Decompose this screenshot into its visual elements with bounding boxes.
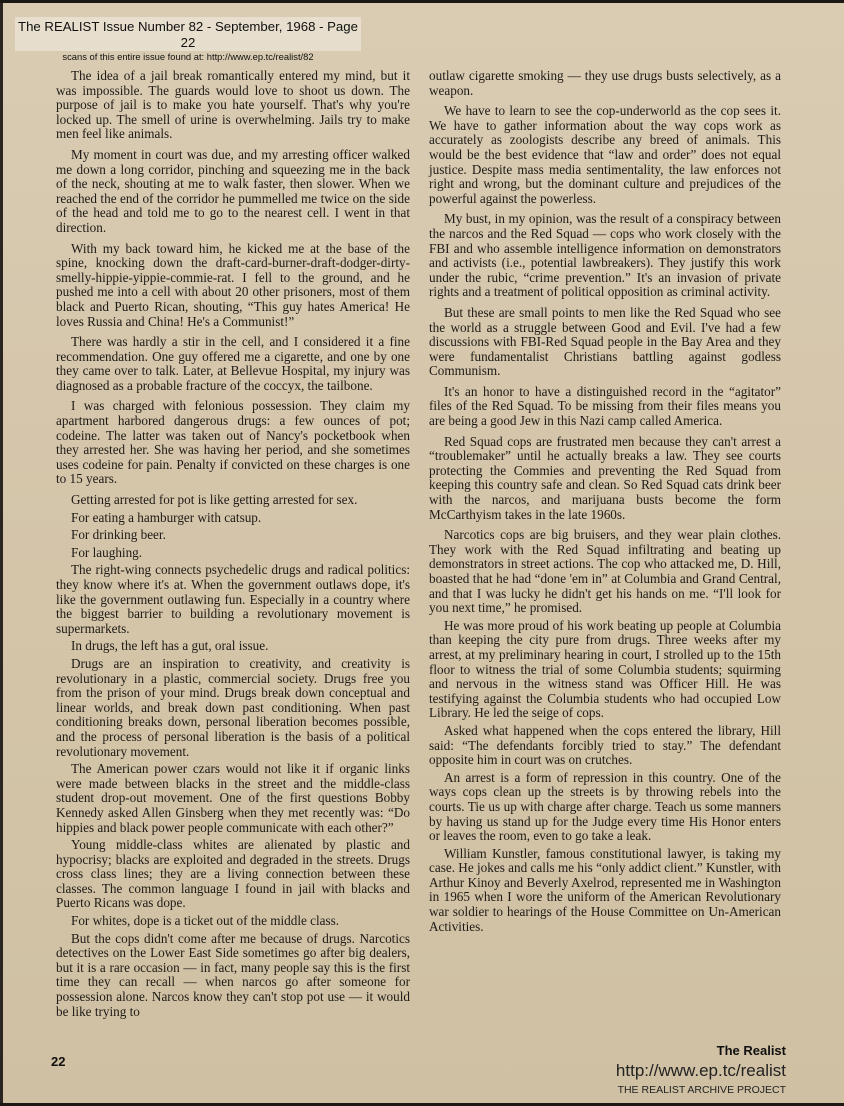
paragraph: The American power czars would not like … bbox=[56, 762, 410, 835]
paragraph: For laughing. bbox=[56, 546, 410, 561]
paragraph: Getting arrested for pot is like getting… bbox=[56, 493, 410, 508]
paragraph: Asked what happened when the cops entere… bbox=[429, 724, 781, 768]
paragraph: For drinking beer. bbox=[56, 528, 410, 543]
magazine-page: The REALIST Issue Number 82 - September,… bbox=[0, 3, 844, 1103]
paragraph: For eating a hamburger with catsup. bbox=[56, 511, 410, 526]
right-column: outlaw cigarette smoking — they use drug… bbox=[429, 69, 781, 937]
paragraph: In drugs, the left has a gut, oral issue… bbox=[56, 639, 410, 654]
publication-name: The Realist bbox=[717, 1043, 786, 1058]
paragraph: It's an honor to have a distinguished re… bbox=[429, 385, 781, 429]
paragraph: The right-wing connects psychedelic drug… bbox=[56, 563, 410, 636]
paragraph: An arrest is a form of repression in thi… bbox=[429, 771, 781, 844]
paragraph: He was more proud of his work beating up… bbox=[429, 619, 781, 721]
paragraph: With my back toward him, he kicked me at… bbox=[56, 242, 410, 330]
paragraph: I was charged with felonious possession.… bbox=[56, 399, 410, 487]
scan-header: The REALIST Issue Number 82 - September,… bbox=[15, 17, 361, 51]
paragraph: Narcotics cops are big bruisers, and the… bbox=[429, 528, 781, 616]
issue-title: The REALIST Issue Number 82 - September,… bbox=[15, 17, 361, 51]
paragraph: William Kunstler, famous constitutional … bbox=[429, 847, 781, 935]
paragraph: For whites, dope is a ticket out of the … bbox=[56, 914, 410, 929]
scan-source-note: scans of this entire issue found at: htt… bbox=[15, 51, 361, 63]
paragraph: My moment in court was due, and my arres… bbox=[56, 148, 410, 236]
archive-project-label: THE REALIST ARCHIVE PROJECT bbox=[618, 1084, 786, 1096]
left-column: The idea of a jail break romantically en… bbox=[56, 69, 410, 1022]
paragraph: Red Squad cops are frustrated men becaus… bbox=[429, 435, 781, 523]
paragraph: But these are small points to men like t… bbox=[429, 306, 781, 379]
paragraph: Drugs are an inspiration to creativity, … bbox=[56, 657, 410, 759]
archive-url: http://www.ep.tc/realist bbox=[616, 1061, 786, 1081]
paragraph: There was hardly a stir in the cell, and… bbox=[56, 335, 410, 393]
paragraph: But the cops didn't come after me becaus… bbox=[56, 932, 410, 1020]
paragraph: We have to learn to see the cop-underwor… bbox=[429, 104, 781, 206]
paragraph: The idea of a jail break romantically en… bbox=[56, 69, 410, 142]
paragraph: Young middle-class whites are alienated … bbox=[56, 838, 410, 911]
paragraph: outlaw cigarette smoking — they use drug… bbox=[429, 69, 781, 98]
page-number: 22 bbox=[51, 1054, 65, 1069]
paragraph: My bust, in my opinion, was the result o… bbox=[429, 212, 781, 300]
